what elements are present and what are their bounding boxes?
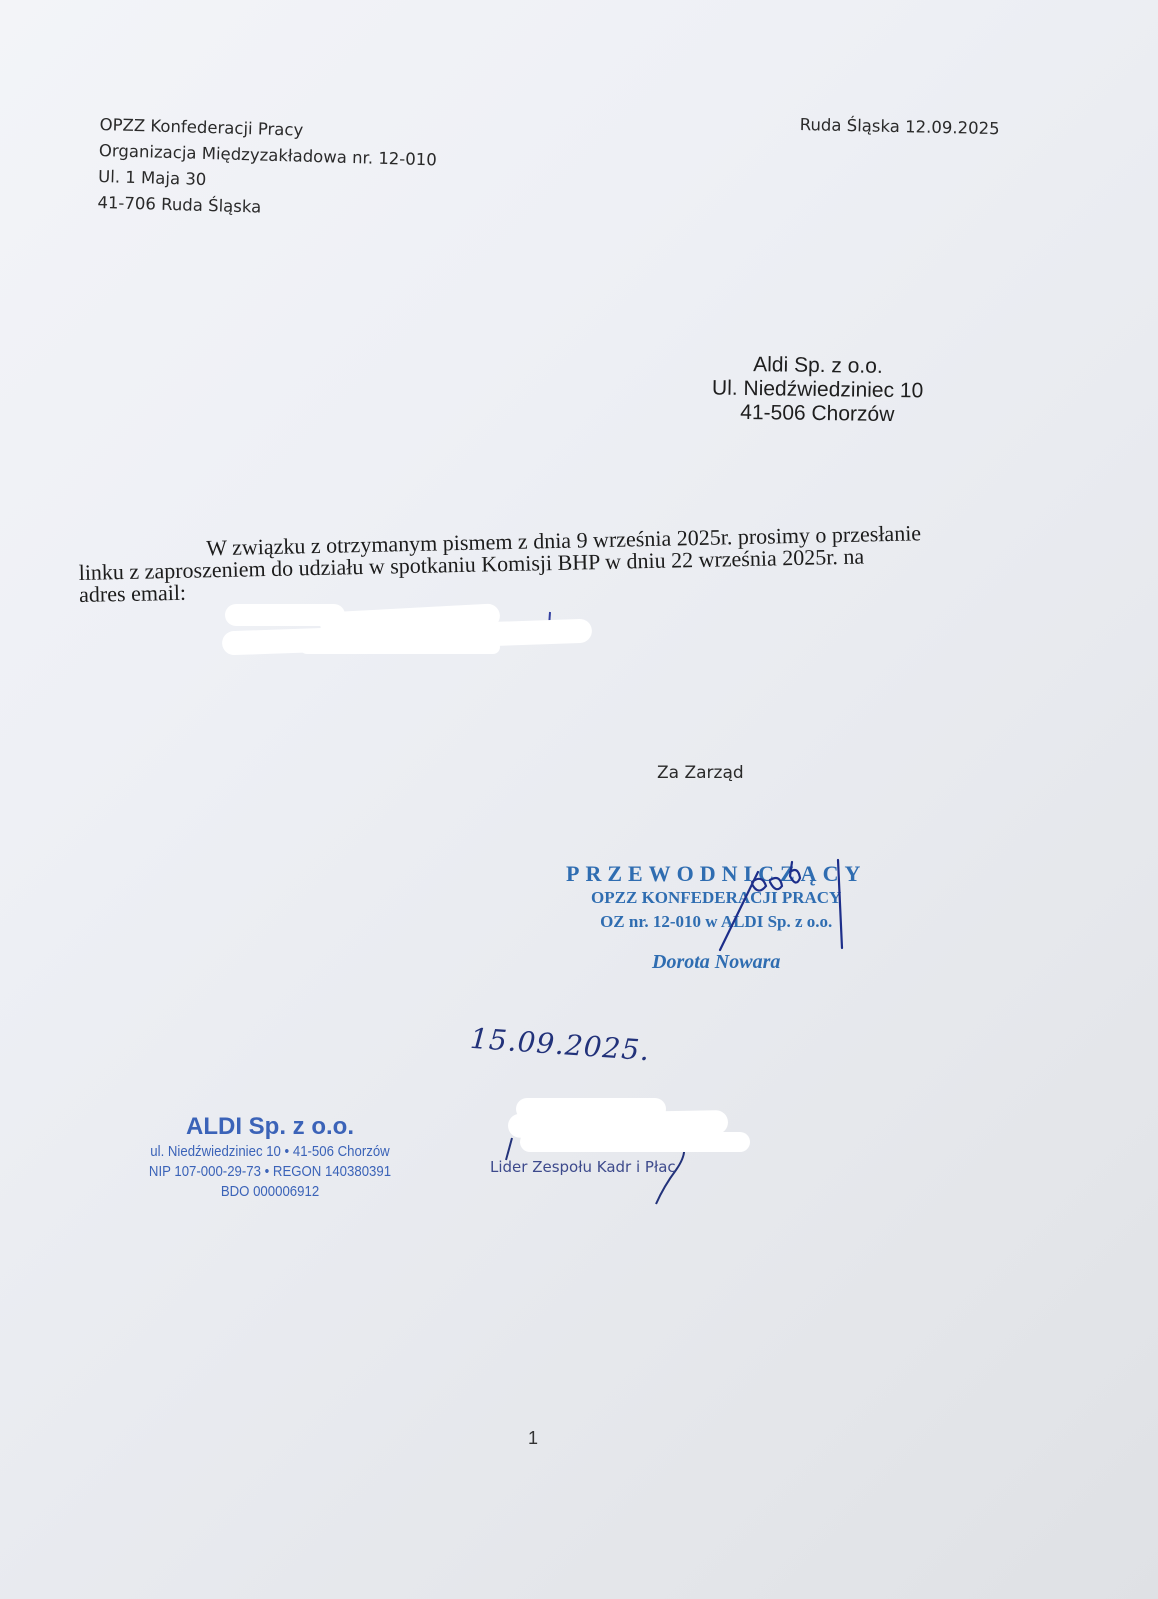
letter-page: OPZZ Konfederacji Pracy Organizacja Międ… — [0, 0, 1158, 1599]
page-number: 1 — [528, 1428, 538, 1449]
receiver-signature-icon — [0, 0, 1158, 1599]
receiver-role: Lider Zespołu Kadr i Płac — [490, 1158, 676, 1176]
